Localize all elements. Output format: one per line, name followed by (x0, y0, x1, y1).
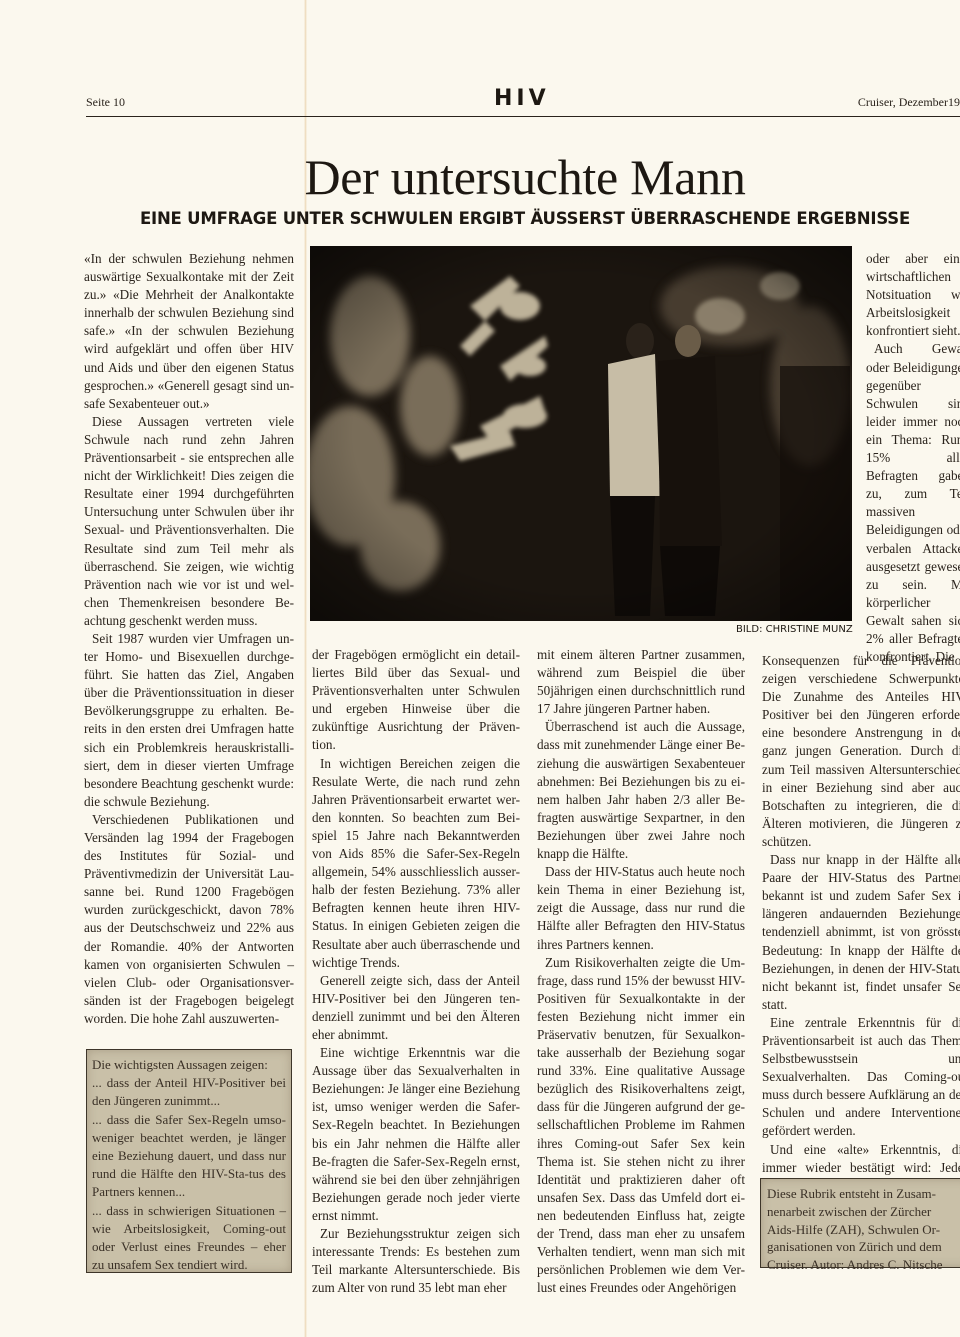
article-title: Der untersuchte Mann (0, 148, 960, 206)
article-subtitle: EINE UMFRAGE UNTER SCHWULEN ERGIBT ÄUSSE… (0, 209, 960, 228)
article-photo (310, 246, 852, 621)
paragraph: Zum Risikoverhalten zeigte die Um-frage,… (537, 954, 745, 1298)
paragraph: In wichtigen Bereichen zeigen die Resula… (312, 755, 520, 972)
paragraph: Eine wichtige Erkenntnis war die Aussage… (312, 1044, 520, 1225)
paragraph: mit einem älteren Partner zusammen, währ… (537, 646, 745, 718)
credit-line: nenarbeit zwischen der Zürcher (767, 1203, 960, 1221)
credit-line: Cruiser. Autor: Andres C. Nitsche (767, 1256, 960, 1274)
paragraph: Zur Beziehungsstruktur zeigen sich inter… (312, 1225, 520, 1297)
forest-photo-image (310, 246, 852, 621)
page-header: Seite 10 HIV Cruiser, Dezember19 (86, 86, 960, 114)
section-title: HIV (494, 86, 550, 111)
paragraph: Seit 1987 wurden vier Umfragen un-ter Ho… (84, 630, 294, 811)
publication-date: Cruiser, Dezember19 (858, 95, 960, 110)
paragraph: oder aber einer wirtschaftlichen Notsitu… (866, 250, 960, 340)
article-column-3: mit einem älteren Partner zusammen, währ… (537, 646, 745, 1297)
paragraph: Überraschend ist auch die Aussage, dass … (537, 718, 745, 863)
box-item: ... dass der Anteil HIV-Positiver bei de… (92, 1074, 286, 1110)
paragraph: Auch Gewalt oder Beleidigungen gegenüber… (866, 340, 960, 666)
paragraph: Eine zentrale Erkenntnis für die Prävent… (762, 1014, 960, 1141)
credit-line: Aids-Hilfe (ZAH), Schwulen Or- (767, 1221, 960, 1239)
paragraph: Dass der HIV-Status auch heute noch kein… (537, 863, 745, 953)
header-rule (86, 116, 960, 117)
credit-line: ganisationen von Zürich und dem (767, 1238, 960, 1256)
paragraph: Dass nur knapp in der Hälfte aller Paare… (762, 851, 960, 1014)
paragraph: Konsequenzen für die Prävention zeigen v… (762, 652, 960, 851)
credit-line: Diese Rubrik entsteht in Zusam- (767, 1185, 960, 1203)
article-column-4-top: oder aber einer wirtschaftlichen Notsitu… (866, 250, 960, 666)
paragraph: Generell zeigte sich, dass der Anteil HI… (312, 972, 520, 1044)
article-column-1: «In der schwulen Beziehung nehmen auswär… (84, 250, 294, 1028)
paragraph: der Fragebögen ermöglicht ein detail-lie… (312, 646, 520, 755)
photo-credit: BILD: CHRISTINE MUNZ (736, 624, 853, 635)
article-column-2: der Fragebögen ermöglicht ein detail-lie… (312, 646, 520, 1297)
article-column-4-bottom: Konsequenzen für die Prävention zeigen v… (762, 652, 960, 1195)
page-number: Seite 10 (86, 95, 125, 110)
paragraph: «In der schwulen Beziehung nehmen auswär… (84, 250, 294, 413)
box-item: ... dass die Safer Sex-Regeln umso-wenig… (92, 1111, 286, 1202)
paragraph: Verschiedenen Publikationen und Versände… (84, 811, 294, 1028)
box-heading: Die wichtigsten Aussagen zeigen: (92, 1056, 286, 1074)
box-item: ... dass in schwierigen Situationen – wi… (92, 1202, 286, 1275)
paragraph: Diese Aussagen vertreten viele Schwule n… (84, 413, 294, 630)
key-findings-box: Die wichtigsten Aussagen zeigen: ... das… (86, 1049, 292, 1273)
rubric-credit-box: Diese Rubrik entsteht in Zusam- nenarbei… (760, 1178, 960, 1268)
